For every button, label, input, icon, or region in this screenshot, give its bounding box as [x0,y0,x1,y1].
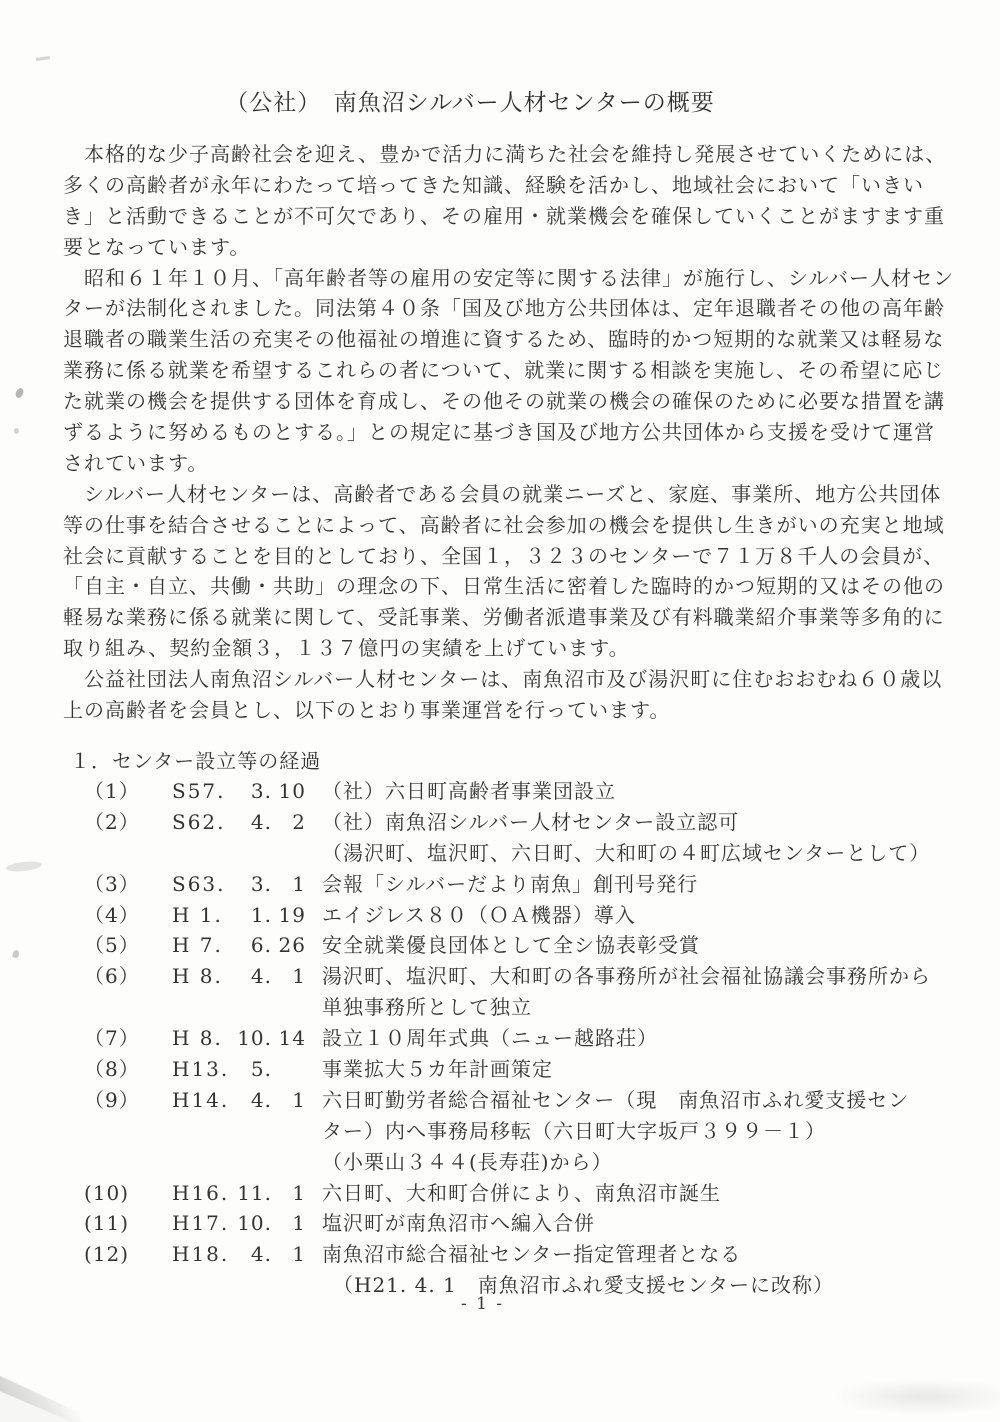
item-number: （8） [63,1054,172,1085]
document-page: （公社） 南魚沼シルバー人材センターの概要 本格的な少子高齢社会を迎え、豊かで活… [0,0,1000,1422]
item-date-era: S63. [172,869,236,900]
item-description-continued: 単独事務所として独立 [306,992,532,1023]
item-description: 会報「シルバーだより南魚」創刊号発行 [306,869,698,900]
item-date-day: 26 [272,930,306,961]
item-description: エイジレス８０（ＯＡ機器）導入 [306,900,636,931]
item-date-empty [236,1116,272,1147]
item-date-empty [172,838,236,869]
paragraph: シルバー人材センターは、高齢者である会員の就業ニーズと、家庭、事業所、地方公共団… [63,479,943,664]
timeline-row: （9）H14.4.1六日町勤労者総合福祉センター（現 南魚沼市ふれ愛支援セン [63,1085,963,1116]
timeline-continuation-row: （湯沢町、塩沢町、六日町、大和町の４町広域センターとして） [63,838,963,869]
item-date-month: 3. [236,776,272,807]
item-date-day: 1 [272,869,306,900]
item-date-month: 10. [236,1208,272,1239]
scan-smear [6,860,43,873]
item-description: 設立１０周年式典（ニュー越路荘） [306,1023,658,1054]
item-date-month: 4. [236,1239,272,1270]
timeline-continuation-row: ター）内へ事務局移転（六日町大字坂戸３９９－１） [63,1116,963,1147]
timeline-row: (10)H16.11.1六日町、大和町合併により、南魚沼市誕生 [63,1178,963,1209]
item-number: （7） [63,1023,172,1054]
paragraph: 昭和６１年１０月、「高年齢者等の雇用の安定等に関する法律」が施行し、シルバー人材… [63,263,943,479]
body-line: されています。 [63,448,943,479]
item-number: （4） [63,900,172,931]
body-line: た就業の機会を提供する団体を育成し、その他その就業の機会の確保のために必要な措置… [63,386,943,417]
item-number: (10) [63,1178,172,1209]
item-number: (12) [63,1239,172,1270]
body-line: 「自主・自立、共働・共助」の理念の下、日常生活に密着した臨時的かつ短期的又はその… [63,571,943,602]
item-number: （9） [63,1085,172,1116]
item-date-empty [272,992,306,1023]
body-line: シルバー人材センターは、高齢者である会員の就業ニーズと、家庭、事業所、地方公共団… [63,479,943,510]
paragraph: 本格的な少子高齢社会を迎え、豊かで活力に満ちた社会を維持し発展させていくためには… [63,139,943,263]
item-date-era: H18. [172,1239,236,1270]
body-line: き」と活動できることが不可欠であり、その雇用・就業機会を確保していくことがますま… [63,201,943,232]
item-date-empty [272,1116,306,1147]
item-number-empty [63,1116,172,1147]
item-date-empty [272,838,306,869]
body-line: 退職者の職業生活の充実その他福祉の増進に資するため、臨時的かつ短期的な就業又は軽… [63,324,943,355]
item-date-era: S57. [172,776,236,807]
item-date-era: H16. [172,1178,236,1209]
item-date-era: H17. [172,1208,236,1239]
item-description: 六日町勤労者総合福祉センター（現 南魚沼市ふれ愛支援セン [306,1085,909,1116]
item-date-month: 4. [236,1085,272,1116]
timeline-row: (11)H17.10.1塩沢町が南魚沼市へ編入合併 [63,1208,963,1239]
scan-speck [36,56,50,61]
item-date-empty [236,838,272,869]
item-date-empty [172,1116,236,1147]
item-description-continued: （小栗山３４４(長寿荘)から） [306,1147,613,1178]
item-date-era: H13. [172,1054,236,1085]
item-description: 湯沢町、塩沢町、大和町の各事務所が社会福祉協議会事務所から [306,961,931,992]
timeline-row: (12)H18.4.1南魚沼市総合福祉センター指定管理者となる [63,1239,963,1270]
paragraph: 公益社団法人南魚沼シルバー人材センターは、南魚沼市及び湯沢町に住むおおむね６０歳… [63,664,943,726]
document-title: （公社） 南魚沼シルバー人材センターの概要 [0,84,940,117]
scan-corner-fold-inner [0,1378,72,1422]
item-number: （2） [63,807,172,838]
item-number: （3） [63,869,172,900]
body-line: 取り組み、契約金額３，１３７億円の実績を上げています。 [63,633,943,664]
item-description: 事業拡大５カ年計画策定 [306,1054,553,1085]
timeline-row: （5）H 7.6.26安全就業優良団体として全シ協表彰受賞 [63,930,963,961]
item-date-month: 1. [236,900,272,931]
item-date-day: 2 [272,807,306,838]
timeline-continuation-row: （小栗山３４４(長寿荘)から） [63,1147,963,1178]
scan-smudge [830,1378,1000,1416]
item-date-day [272,1054,306,1085]
item-date-empty [236,1147,272,1178]
scan-speck [12,949,20,958]
item-description: 南魚沼市総合福祉センター指定管理者となる [306,1239,741,1270]
body-line: 多くの高齢者が永年にわたって培ってきた知識、経験を活かし、地域社会において「いき… [63,170,943,201]
item-date-month: 10. [236,1023,272,1054]
body-text: 本格的な少子高齢社会を迎え、豊かで活力に満ちた社会を維持し発展させていくためには… [63,139,943,726]
item-number-empty [63,992,172,1023]
timeline-list: （1）S57.3.10（社）六日町高齢者事業団設立（2）S62.4.2（社）南魚… [63,776,963,1301]
item-date-empty [172,992,236,1023]
item-date-day: 1 [272,1085,306,1116]
body-line: ずるように努めるものとする。」との規定に基づき国及び地方公共団体から支援を受けて… [63,417,943,448]
item-date-day: 14 [272,1023,306,1054]
item-date-month: 4. [236,961,272,992]
item-date-empty [172,1147,236,1178]
body-line: 本格的な少子高齢社会を迎え、豊かで活力に満ちた社会を維持し発展させていくためには… [63,139,943,170]
timeline-row: （7）H 8.10.14設立１０周年式典（ニュー越路荘） [63,1023,963,1054]
body-line: ターが法制化されました。同法第４０条「国及び地方公共団体は、定年退職者その他の高… [63,293,943,324]
item-date-day: 1 [272,1239,306,1270]
timeline-row: （1）S57.3.10（社）六日町高齢者事業団設立 [63,776,963,807]
item-date-empty [236,992,272,1023]
item-date-era: H 7. [172,930,236,961]
item-date-day: 1 [272,1208,306,1239]
scan-speck [14,428,19,434]
item-number-empty [63,1147,172,1178]
timeline-row: （6）H 8.4.1湯沢町、塩沢町、大和町の各事務所が社会福祉協議会事務所から [63,961,963,992]
scan-speck [15,387,24,398]
body-line: 公益社団法人南魚沼シルバー人材センターは、南魚沼市及び湯沢町に住むおおむね６０歳… [63,664,943,695]
item-date-month: 11. [236,1178,272,1209]
item-number: （5） [63,930,172,961]
section-heading: １．センター設立等の経過 [70,745,321,774]
item-date-month: 5. [236,1054,272,1085]
timeline-row: （2）S62.4.2（社）南魚沼シルバー人材センター設立認可 [63,807,963,838]
item-description: （社）南魚沼シルバー人材センター設立認可 [306,807,739,838]
body-line: 業務に係る就業を希望するこれらの者について、就業に関する相談を実施し、その希望に… [63,355,943,386]
item-date-era: H 1. [172,900,236,931]
item-date-day: 1 [272,961,306,992]
item-date-empty [272,1147,306,1178]
timeline-row: （4）H 1.1.19エイジレス８０（ＯＡ機器）導入 [63,900,963,931]
body-line: 要となっています。 [63,232,943,263]
item-date-era: H14. [172,1085,236,1116]
item-number-empty [63,838,172,869]
item-number: (11) [63,1208,172,1239]
body-line: 等の仕事を結合させることによって、高齢者に社会参加の機会を提供し生きがいの充実と… [63,510,943,541]
body-line: 昭和６１年１０月、「高年齢者等の雇用の安定等に関する法律」が施行し、シルバー人材… [63,263,943,294]
item-number: （1） [63,776,172,807]
page-number: - 1 - [0,1294,965,1314]
item-date-era: H 8. [172,1023,236,1054]
timeline-continuation-row: 単独事務所として独立 [63,992,963,1023]
item-date-era: H 8. [172,961,236,992]
body-line: 社会に貢献することを目的としており、全国１，３２３のセンターで７１万８千人の会員… [63,541,943,572]
item-description: 安全就業優良団体として全シ協表彰受賞 [306,930,700,961]
item-date-day: 19 [272,900,306,931]
item-date-day: 10 [272,776,306,807]
scan-corner-fold [0,1358,100,1422]
item-description-continued: （湯沢町、塩沢町、六日町、大和町の４町広域センターとして） [306,838,930,869]
item-date-month: 3. [236,869,272,900]
item-description: 塩沢町が南魚沼市へ編入合併 [306,1208,595,1239]
item-date-era: S62. [172,807,236,838]
body-line: 軽易な業務に係る就業に関して、受託事業、労働者派遣事業及び有料職業紹介事業等多角… [63,602,943,633]
item-date-month: 6. [236,930,272,961]
timeline-row: （8）H13.5.事業拡大５カ年計画策定 [63,1054,963,1085]
body-line: 上の高齢者を会員とし、以下のとおり事業運営を行っています。 [63,695,943,726]
item-date-day: 1 [272,1178,306,1209]
timeline-row: （3）S63.3.1会報「シルバーだより南魚」創刊号発行 [63,869,963,900]
item-date-month: 4. [236,807,272,838]
item-description: 六日町、大和町合併により、南魚沼市誕生 [306,1178,721,1209]
item-number: （6） [63,961,172,992]
item-description: （社）六日町高齢者事業団設立 [306,776,616,807]
item-description-continued: ター）内へ事務局移転（六日町大字坂戸３９９－１） [306,1116,826,1147]
